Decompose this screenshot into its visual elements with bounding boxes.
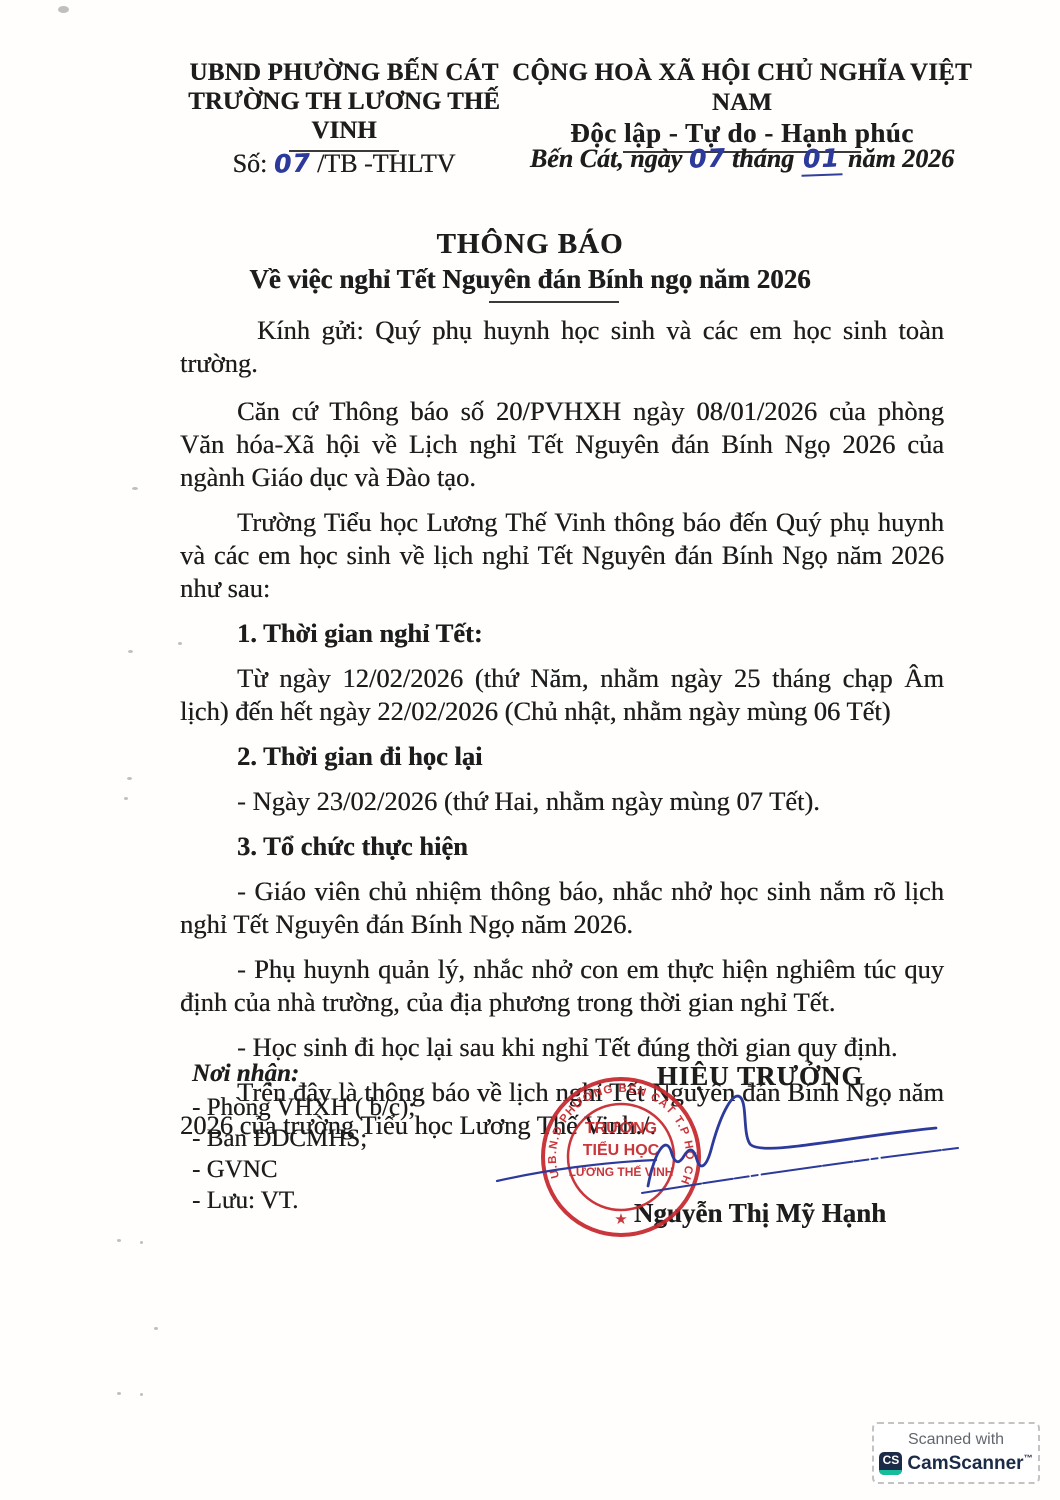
document-subtitle: Về việc nghỉ Tết Nguyên đán Bính ngọ năm…: [0, 264, 1060, 295]
paragraph-holiday-dates: Từ ngày 12/02/2026 (thứ Năm, nhằm ngày 2…: [180, 662, 944, 728]
dateline-middle: tháng: [732, 144, 794, 173]
camscanner-brand-text: CamScanner: [907, 1453, 1023, 1474]
scan-artifact: [117, 1239, 121, 1242]
camscanner-logo-icon: CS: [879, 1452, 902, 1475]
recipient-item: - Lưu: VT.: [192, 1185, 522, 1216]
scan-artifact: [140, 1241, 143, 1244]
camscanner-tm: ™: [1024, 1453, 1033, 1463]
doc-number: Số: 07 /TB -THLTV: [158, 149, 530, 179]
scanned-document-page: UBND PHƯỜNG BẾN CÁT TRƯỜNG TH LƯƠNG THẾ …: [0, 0, 1060, 1500]
recipient-item: - Ban ĐDCMHS;: [192, 1123, 522, 1154]
paragraph-parents: - Phụ huynh quản lý, nhắc nhở con em thự…: [180, 953, 944, 1019]
camscanner-badge: Scanned with CS CamScanner™: [872, 1422, 1040, 1484]
paragraph-return-date: - Ngày 23/02/2026 (thứ Hai, nhằm ngày mù…: [180, 785, 944, 818]
dateline-prefix: Bến Cát, ngày: [530, 144, 682, 173]
section-heading-3: 3. Tổ chức thực hiện: [180, 830, 944, 863]
camscanner-brand: CamScanner™: [907, 1453, 1032, 1475]
scan-artifact: [124, 797, 128, 800]
recipient-item: - Phòng VHXH ( b/c);: [192, 1092, 522, 1123]
school-name: TRƯỜNG TH LƯƠNG THẾ VINH: [158, 87, 530, 145]
doc-number-suffix: /TB -THLTV: [317, 149, 455, 178]
recipient-item: - GVNC: [192, 1154, 522, 1185]
doc-number-handwritten: 07: [273, 148, 311, 178]
stamp-center-line1: TRƯỜNG: [585, 1118, 657, 1137]
doc-number-prefix: Số:: [233, 149, 268, 178]
stamp-and-signature: U.B.N.D PHƯỜNG BẾN CÁT T.P HỒ CHÍ MINH T…: [480, 1058, 980, 1253]
camscanner-logo-text: CS: [879, 1453, 902, 1467]
org-name: UBND PHƯỜNG BẾN CÁT: [158, 58, 530, 87]
recipients-label: Nơi nhận:: [192, 1060, 522, 1088]
scan-artifact: [132, 487, 138, 490]
dateline-day-handwritten: 07: [688, 143, 726, 173]
scan-artifact: [154, 1327, 158, 1330]
dateline-suffix: năm 2026: [848, 144, 954, 173]
scan-artifact: [178, 642, 182, 645]
national-title: CỘNG HOÀ XÃ HỘI CHỦ NGHĨA VIỆT NAM: [512, 58, 972, 118]
paragraph-intro: Trường Tiểu học Lương Thế Vinh thông báo…: [180, 506, 944, 605]
salutation: Kính gửi: Quý phụ huynh học sinh và các …: [180, 314, 944, 380]
dateline-month-handwritten: 01: [800, 143, 842, 176]
paragraph-teachers: - Giáo viên chủ nhiệm thông báo, nhắc nh…: [180, 875, 944, 941]
section-heading-2: 2. Thời gian đi học lại: [180, 740, 944, 773]
title-block: THÔNG BÁO Về việc nghỉ Tết Nguyên đán Bí…: [0, 228, 1060, 303]
recipients-block: Nơi nhận: - Phòng VHXH ( b/c); - Ban ĐDC…: [192, 1060, 522, 1216]
scan-artifact: [58, 6, 69, 13]
title-underline: [489, 301, 619, 303]
section-heading-1: 1. Thời gian nghỉ Tết:: [180, 617, 944, 650]
scan-artifact: [140, 1393, 143, 1396]
paragraph-basis: Căn cứ Thông báo số 20/PVHXH ngày 08/01/…: [180, 395, 944, 494]
dateline: Bến Cát, ngày 07 tháng 01 năm 2026: [512, 144, 972, 176]
stamp-star-icon: ★: [614, 1212, 627, 1228]
school-stamp: U.B.N.D PHƯỜNG BẾN CÁT T.P HỒ CHÍ MINH T…: [480, 1058, 699, 1235]
scan-artifact: [127, 777, 132, 780]
scan-artifact: [128, 650, 133, 653]
document-title: THÔNG BÁO: [0, 228, 1060, 261]
stamp-center-line2: TIỂU HỌC: [583, 1140, 660, 1159]
scan-artifact: [117, 1392, 121, 1395]
document-body: Kính gửi: Quý phụ huynh học sinh và các …: [180, 314, 944, 1142]
org-header: UBND PHƯỜNG BẾN CÁT TRƯỜNG TH LƯƠNG THẾ …: [158, 58, 530, 152]
scanned-with-label: Scanned with: [908, 1431, 1004, 1449]
national-header: CỘNG HOÀ XÃ HỘI CHỦ NGHĨA VIỆT NAM Độc l…: [512, 58, 972, 153]
